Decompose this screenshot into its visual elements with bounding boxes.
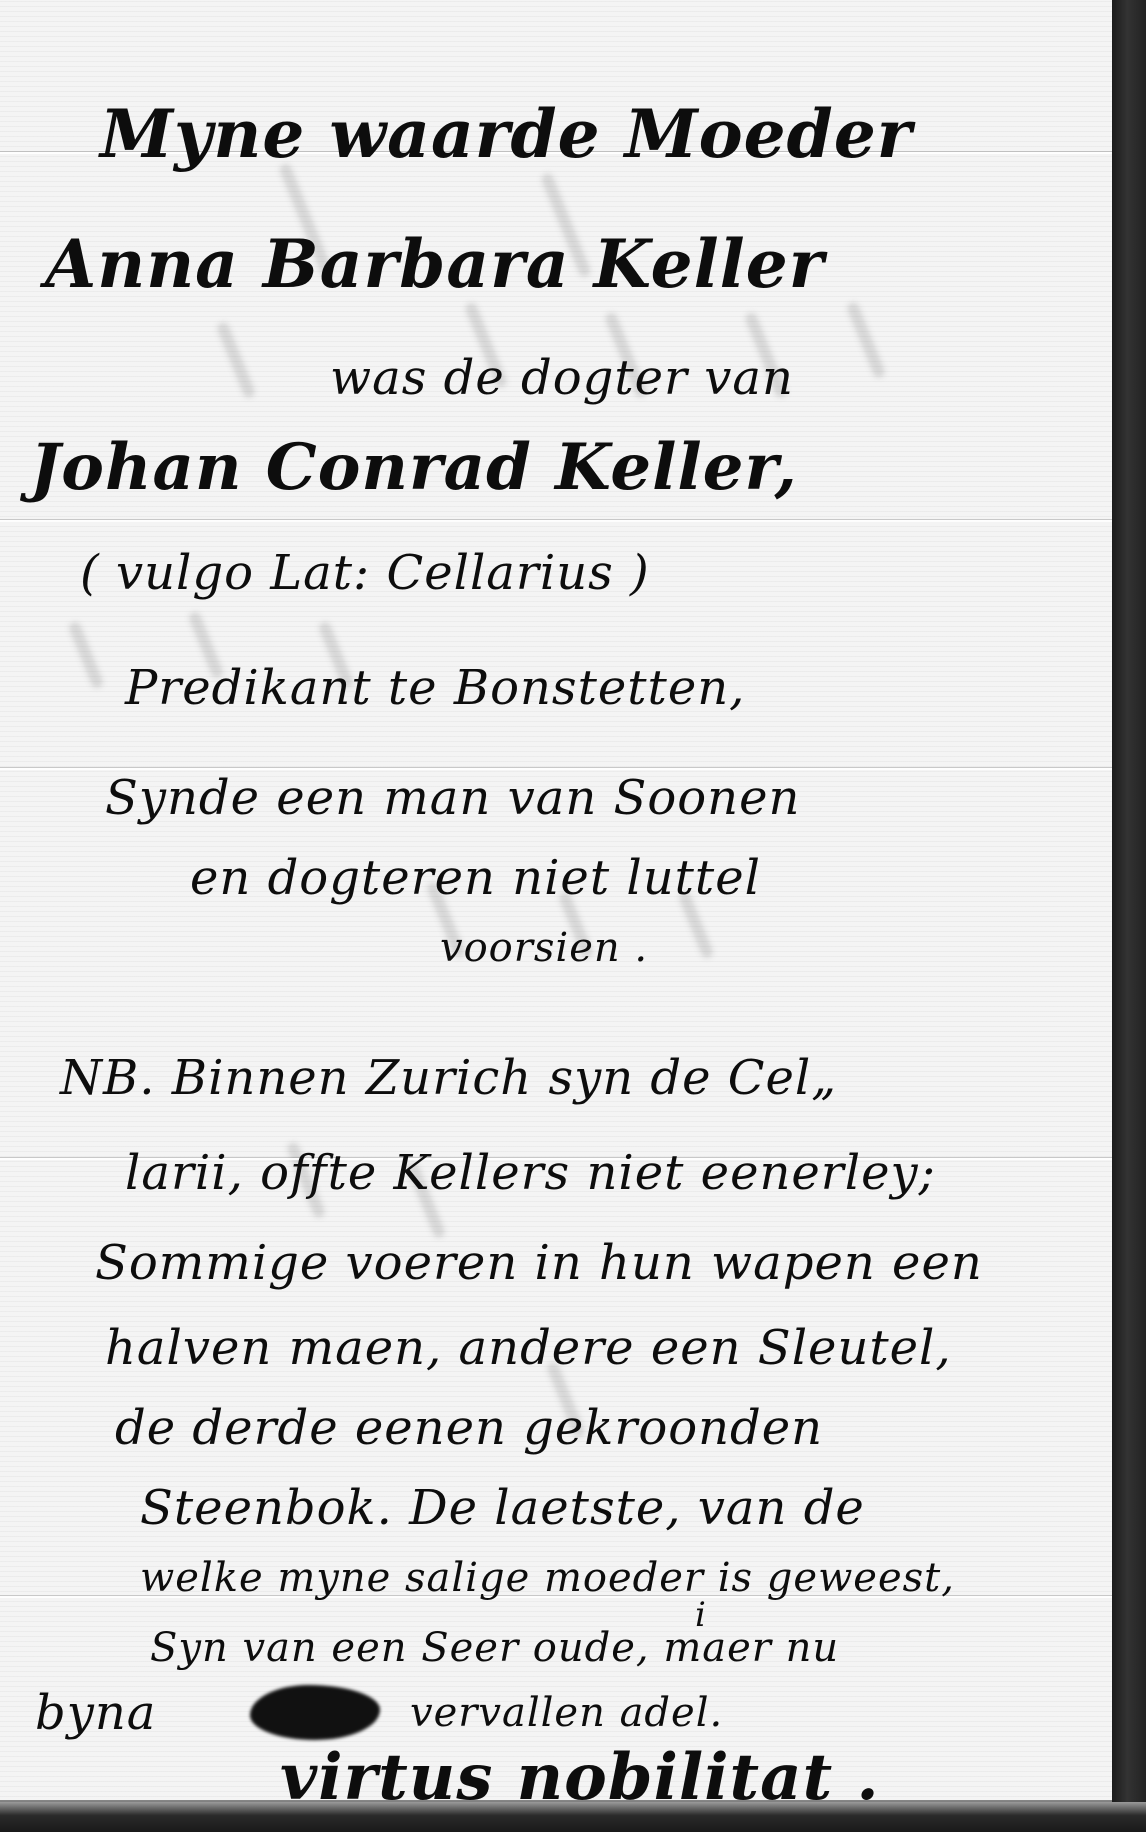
text-line: halven maen, andere een Sleutel,	[105, 1320, 952, 1376]
text-line: Steenbok. De laetste, van de	[140, 1480, 865, 1536]
text-line: byna	[35, 1685, 156, 1741]
heading-line-1: Myne waarde Moeder	[100, 95, 913, 173]
scan-artifact-line	[0, 520, 1112, 522]
binding-edge	[1112, 0, 1146, 1832]
bleed-through-stroke	[845, 301, 886, 380]
manuscript-page: Myne waarde Moeder Anna Barbara Keller w…	[0, 0, 1112, 1802]
text-line: NB. Binnen Zurich syn de Cel„	[60, 1050, 837, 1106]
text-line: Predikant te Bonstetten,	[125, 660, 745, 716]
text-line: ( vulgo Lat: Cellarius )	[80, 545, 650, 601]
heading-line-2: Anna Barbara Keller	[45, 225, 824, 303]
text-line: Sommige voeren in hun wapen een	[95, 1235, 983, 1291]
text-line: vervallen adel.	[410, 1690, 723, 1736]
word-byna: byna	[35, 1685, 156, 1741]
bleed-through-stroke	[215, 321, 256, 400]
bleed-through-stroke	[67, 620, 104, 689]
text-line: de derde eenen gekroonden	[115, 1400, 823, 1456]
text-line: en dogteren niet luttel	[190, 850, 761, 906]
text-line: Synde een man van Soonen	[105, 770, 800, 826]
text-line: voorsien .	[440, 925, 648, 971]
ink-blot	[250, 1685, 380, 1740]
bottom-shadow	[0, 1802, 1146, 1832]
text-line: welke myne salige moeder is geweest,	[140, 1555, 955, 1601]
text-line: was de dogter van	[330, 350, 794, 406]
heading-line-3: Johan Conrad Keller,	[30, 430, 798, 505]
text-line: larii, offte Kellers niet eenerley;	[125, 1145, 936, 1201]
text-line: Syn van een Seer oude, maer nu	[150, 1625, 839, 1671]
